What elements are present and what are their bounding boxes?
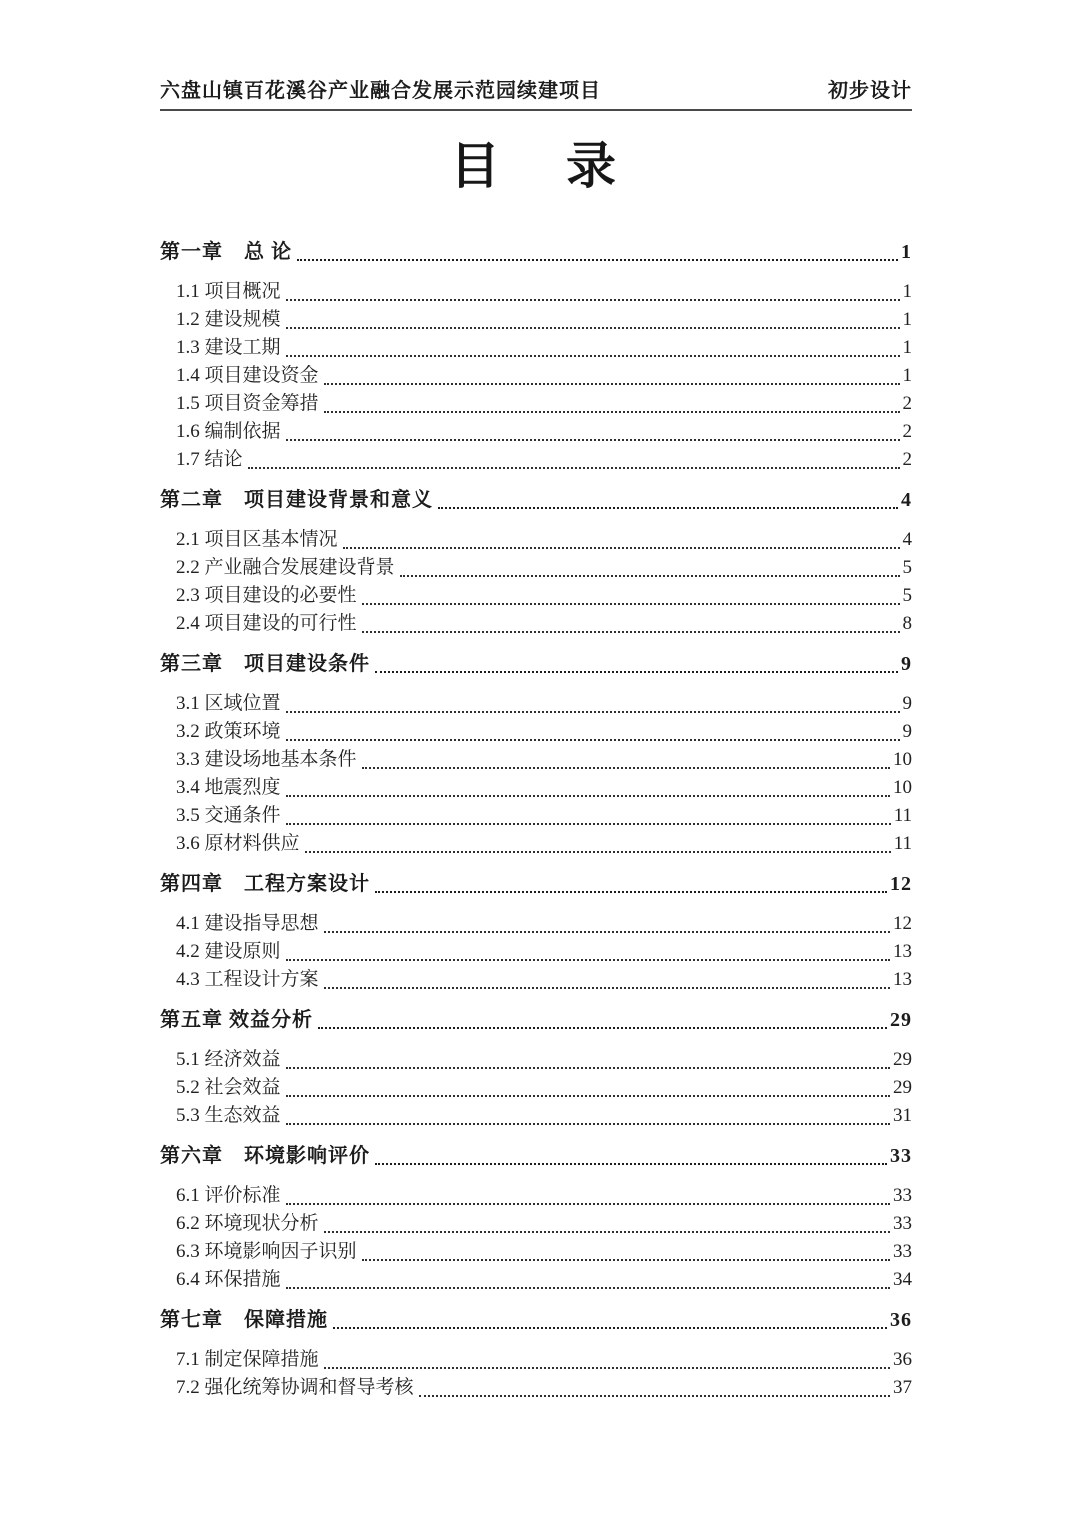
dot-leader <box>305 851 891 853</box>
toc-entry-page: 12 <box>893 910 912 938</box>
toc-section-row: 6.1 评价标准33 <box>160 1182 912 1210</box>
dot-leader <box>362 1259 890 1261</box>
toc-section-row: 2.3 项目建设的必要性5 <box>160 582 912 610</box>
dot-leader <box>362 603 900 605</box>
dot-leader <box>286 711 900 713</box>
toc-entry-page: 29 <box>890 1006 912 1034</box>
dot-leader <box>324 931 890 933</box>
dot-leader <box>324 411 900 413</box>
toc-section-row: 1.5 项目资金筹措2 <box>160 390 912 418</box>
toc-entry-page: 13 <box>893 938 912 966</box>
toc-entry-label: 4.3 工程设计方案 <box>176 966 319 994</box>
dot-leader <box>286 739 900 741</box>
toc-entry-page: 2 <box>903 446 913 474</box>
dot-leader <box>286 1095 890 1097</box>
toc-chapter-row: 第六章 环境影响评价33 <box>160 1142 912 1170</box>
toc-entry-label: 2.3 项目建设的必要性 <box>176 582 357 610</box>
toc-entry-label: 6.3 环境影响因子识别 <box>176 1238 357 1266</box>
toc-section-row: 6.3 环境影响因子识别33 <box>160 1238 912 1266</box>
toc-section-row: 1.4 项目建设资金1 <box>160 362 912 390</box>
header-stage-label: 初步设计 <box>828 74 912 103</box>
toc-entry-label: 7.1 制定保障措施 <box>176 1346 319 1374</box>
toc-entry-page: 5 <box>903 554 913 582</box>
toc-entry-page: 11 <box>894 802 912 830</box>
toc-entry-page: 33 <box>893 1182 912 1210</box>
dot-leader <box>343 547 900 549</box>
toc-entry-label: 7.2 强化统筹协调和督导考核 <box>176 1374 414 1402</box>
toc-chapter-row: 第四章 工程方案设计12 <box>160 870 912 898</box>
toc-entry-page: 29 <box>893 1046 912 1074</box>
toc-entry-label: 5.2 社会效益 <box>176 1074 281 1102</box>
toc-entry-page: 12 <box>890 870 912 898</box>
toc-entry-page: 5 <box>903 582 913 610</box>
dot-leader <box>324 1231 890 1233</box>
toc-section-row: 5.2 社会效益29 <box>160 1074 912 1102</box>
dot-leader <box>324 987 890 989</box>
toc-entry-label: 6.4 环保措施 <box>176 1266 281 1294</box>
toc-entry-label: 6.2 环境现状分析 <box>176 1210 319 1238</box>
dot-leader <box>286 299 900 301</box>
toc-entry-label: 4.2 建设原则 <box>176 938 281 966</box>
dot-leader <box>362 631 900 633</box>
toc-chapter-row: 第三章 项目建设条件9 <box>160 650 912 678</box>
toc-list: 第一章 总 论11.1 项目概况11.2 建设规模11.3 建设工期11.4 项… <box>160 226 912 1402</box>
toc-section-row: 6.2 环境现状分析33 <box>160 1210 912 1238</box>
toc-section-row: 3.6 原材料供应11 <box>160 830 912 858</box>
toc-section-row: 2.1 项目区基本情况4 <box>160 526 912 554</box>
toc-entry-label: 1.2 建设规模 <box>176 306 281 334</box>
toc-entry-label: 2.1 项目区基本情况 <box>176 526 338 554</box>
dot-leader <box>286 439 900 441</box>
toc-entry-page: 9 <box>903 718 913 746</box>
toc-entry-label: 第六章 环境影响评价 <box>160 1142 370 1170</box>
toc-entry-page: 13 <box>893 966 912 994</box>
toc-entry-page: 4 <box>901 486 912 514</box>
dot-leader <box>324 1367 890 1369</box>
toc-section-row: 4.1 建设指导思想12 <box>160 910 912 938</box>
toc-section-row: 1.1 项目概况1 <box>160 278 912 306</box>
toc-section-row: 4.3 工程设计方案13 <box>160 966 912 994</box>
toc-entry-page: 1 <box>903 278 913 306</box>
toc-section-row: 2.2 产业融合发展建设背景5 <box>160 554 912 582</box>
toc-entry-label: 1.6 编制依据 <box>176 418 281 446</box>
dot-leader <box>333 1327 887 1329</box>
dot-leader <box>419 1395 890 1397</box>
toc-chapter-row: 第七章 保障措施36 <box>160 1306 912 1334</box>
toc-chapter-row: 第二章 项目建设背景和意义4 <box>160 486 912 514</box>
dot-leader <box>324 383 900 385</box>
dot-leader <box>286 959 890 961</box>
toc-entry-label: 6.1 评价标准 <box>176 1182 281 1210</box>
dot-leader <box>362 767 890 769</box>
toc-entry-label: 4.1 建设指导思想 <box>176 910 319 938</box>
toc-entry-page: 10 <box>893 746 912 774</box>
dot-leader <box>318 1027 887 1029</box>
toc-entry-label: 第五章 效益分析 <box>160 1006 313 1034</box>
toc-entry-page: 37 <box>893 1374 912 1402</box>
dot-leader <box>286 1123 890 1125</box>
toc-entry-page: 31 <box>893 1102 912 1130</box>
toc-entry-page: 9 <box>903 690 913 718</box>
toc-entry-page: 4 <box>903 526 913 554</box>
toc-entry-page: 36 <box>893 1346 912 1374</box>
toc-entry-label: 1.4 项目建设资金 <box>176 362 319 390</box>
toc-section-row: 1.3 建设工期1 <box>160 334 912 362</box>
toc-entry-label: 3.4 地震烈度 <box>176 774 281 802</box>
toc-section-row: 7.2 强化统筹协调和督导考核37 <box>160 1374 912 1402</box>
toc-section-row: 3.5 交通条件11 <box>160 802 912 830</box>
toc-entry-label: 3.6 原材料供应 <box>176 830 300 858</box>
toc-section-row: 1.2 建设规模1 <box>160 306 912 334</box>
dot-leader <box>286 327 900 329</box>
toc-section-row: 5.3 生态效益31 <box>160 1102 912 1130</box>
toc-entry-page: 1 <box>903 362 913 390</box>
toc-entry-label: 3.5 交通条件 <box>176 802 281 830</box>
toc-section-row: 2.4 项目建设的可行性8 <box>160 610 912 638</box>
toc-section-row: 3.2 政策环境9 <box>160 718 912 746</box>
toc-entry-label: 1.5 项目资金筹措 <box>176 390 319 418</box>
toc-entry-label: 3.3 建设场地基本条件 <box>176 746 357 774</box>
dot-leader <box>400 575 900 577</box>
toc-section-row: 1.6 编制依据2 <box>160 418 912 446</box>
toc-title: 目 录 <box>0 126 1074 198</box>
dot-leader <box>248 467 900 469</box>
toc-entry-page: 11 <box>894 830 912 858</box>
toc-entry-label: 第七章 保障措施 <box>160 1306 328 1334</box>
dot-leader <box>286 1067 890 1069</box>
toc-section-row: 4.2 建设原则13 <box>160 938 912 966</box>
toc-entry-label: 第一章 总 论 <box>160 238 292 266</box>
toc-chapter-row: 第五章 效益分析29 <box>160 1006 912 1034</box>
toc-section-row: 3.4 地震烈度10 <box>160 774 912 802</box>
toc-entry-label: 2.2 产业融合发展建设背景 <box>176 554 395 582</box>
dot-leader <box>286 1287 890 1289</box>
toc-section-row: 3.3 建设场地基本条件10 <box>160 746 912 774</box>
toc-section-row: 1.7 结论2 <box>160 446 912 474</box>
dot-leader <box>286 823 891 825</box>
toc-entry-page: 29 <box>893 1074 912 1102</box>
toc-entry-page: 36 <box>890 1306 912 1334</box>
dot-leader <box>375 671 898 673</box>
toc-entry-label: 第二章 项目建设背景和意义 <box>160 486 433 514</box>
toc-section-row: 5.1 经济效益29 <box>160 1046 912 1074</box>
document-page: 六盘山镇百花溪谷产业融合发展示范园续建项目 初步设计 目 录 第一章 总 论11… <box>0 0 1074 1520</box>
toc-entry-label: 2.4 项目建设的可行性 <box>176 610 357 638</box>
toc-entry-label: 1.3 建设工期 <box>176 334 281 362</box>
toc-entry-page: 1 <box>901 238 912 266</box>
toc-section-row: 7.1 制定保障措施36 <box>160 1346 912 1374</box>
toc-entry-page: 34 <box>893 1266 912 1294</box>
page-header: 六盘山镇百花溪谷产业融合发展示范园续建项目 初步设计 <box>160 74 912 111</box>
dot-leader <box>375 1163 887 1165</box>
dot-leader <box>375 891 887 893</box>
toc-section-row: 3.1 区域位置9 <box>160 690 912 718</box>
toc-entry-label: 5.3 生态效益 <box>176 1102 281 1130</box>
dot-leader <box>286 355 900 357</box>
toc-entry-page: 33 <box>890 1142 912 1170</box>
dot-leader <box>297 259 898 261</box>
toc-entry-label: 第三章 项目建设条件 <box>160 650 370 678</box>
toc-entry-page: 33 <box>893 1238 912 1266</box>
toc-entry-page: 33 <box>893 1210 912 1238</box>
toc-entry-page: 1 <box>903 306 913 334</box>
toc-entry-label: 3.2 政策环境 <box>176 718 281 746</box>
dot-leader <box>286 795 890 797</box>
toc-entry-page: 9 <box>901 650 912 678</box>
toc-section-row: 6.4 环保措施34 <box>160 1266 912 1294</box>
toc-entry-label: 第四章 工程方案设计 <box>160 870 370 898</box>
toc-entry-label: 5.1 经济效益 <box>176 1046 281 1074</box>
toc-entry-label: 1.7 结论 <box>176 446 243 474</box>
toc-entry-page: 8 <box>903 610 913 638</box>
toc-entry-page: 2 <box>903 418 913 446</box>
dot-leader <box>438 507 898 509</box>
toc-chapter-row: 第一章 总 论1 <box>160 238 912 266</box>
toc-entry-page: 2 <box>903 390 913 418</box>
toc-entry-label: 3.1 区域位置 <box>176 690 281 718</box>
toc-entry-page: 1 <box>903 334 913 362</box>
toc-entry-page: 10 <box>893 774 912 802</box>
toc-entry-label: 1.1 项目概况 <box>176 278 281 306</box>
header-project-title: 六盘山镇百花溪谷产业融合发展示范园续建项目 <box>160 74 601 103</box>
dot-leader <box>286 1203 890 1205</box>
